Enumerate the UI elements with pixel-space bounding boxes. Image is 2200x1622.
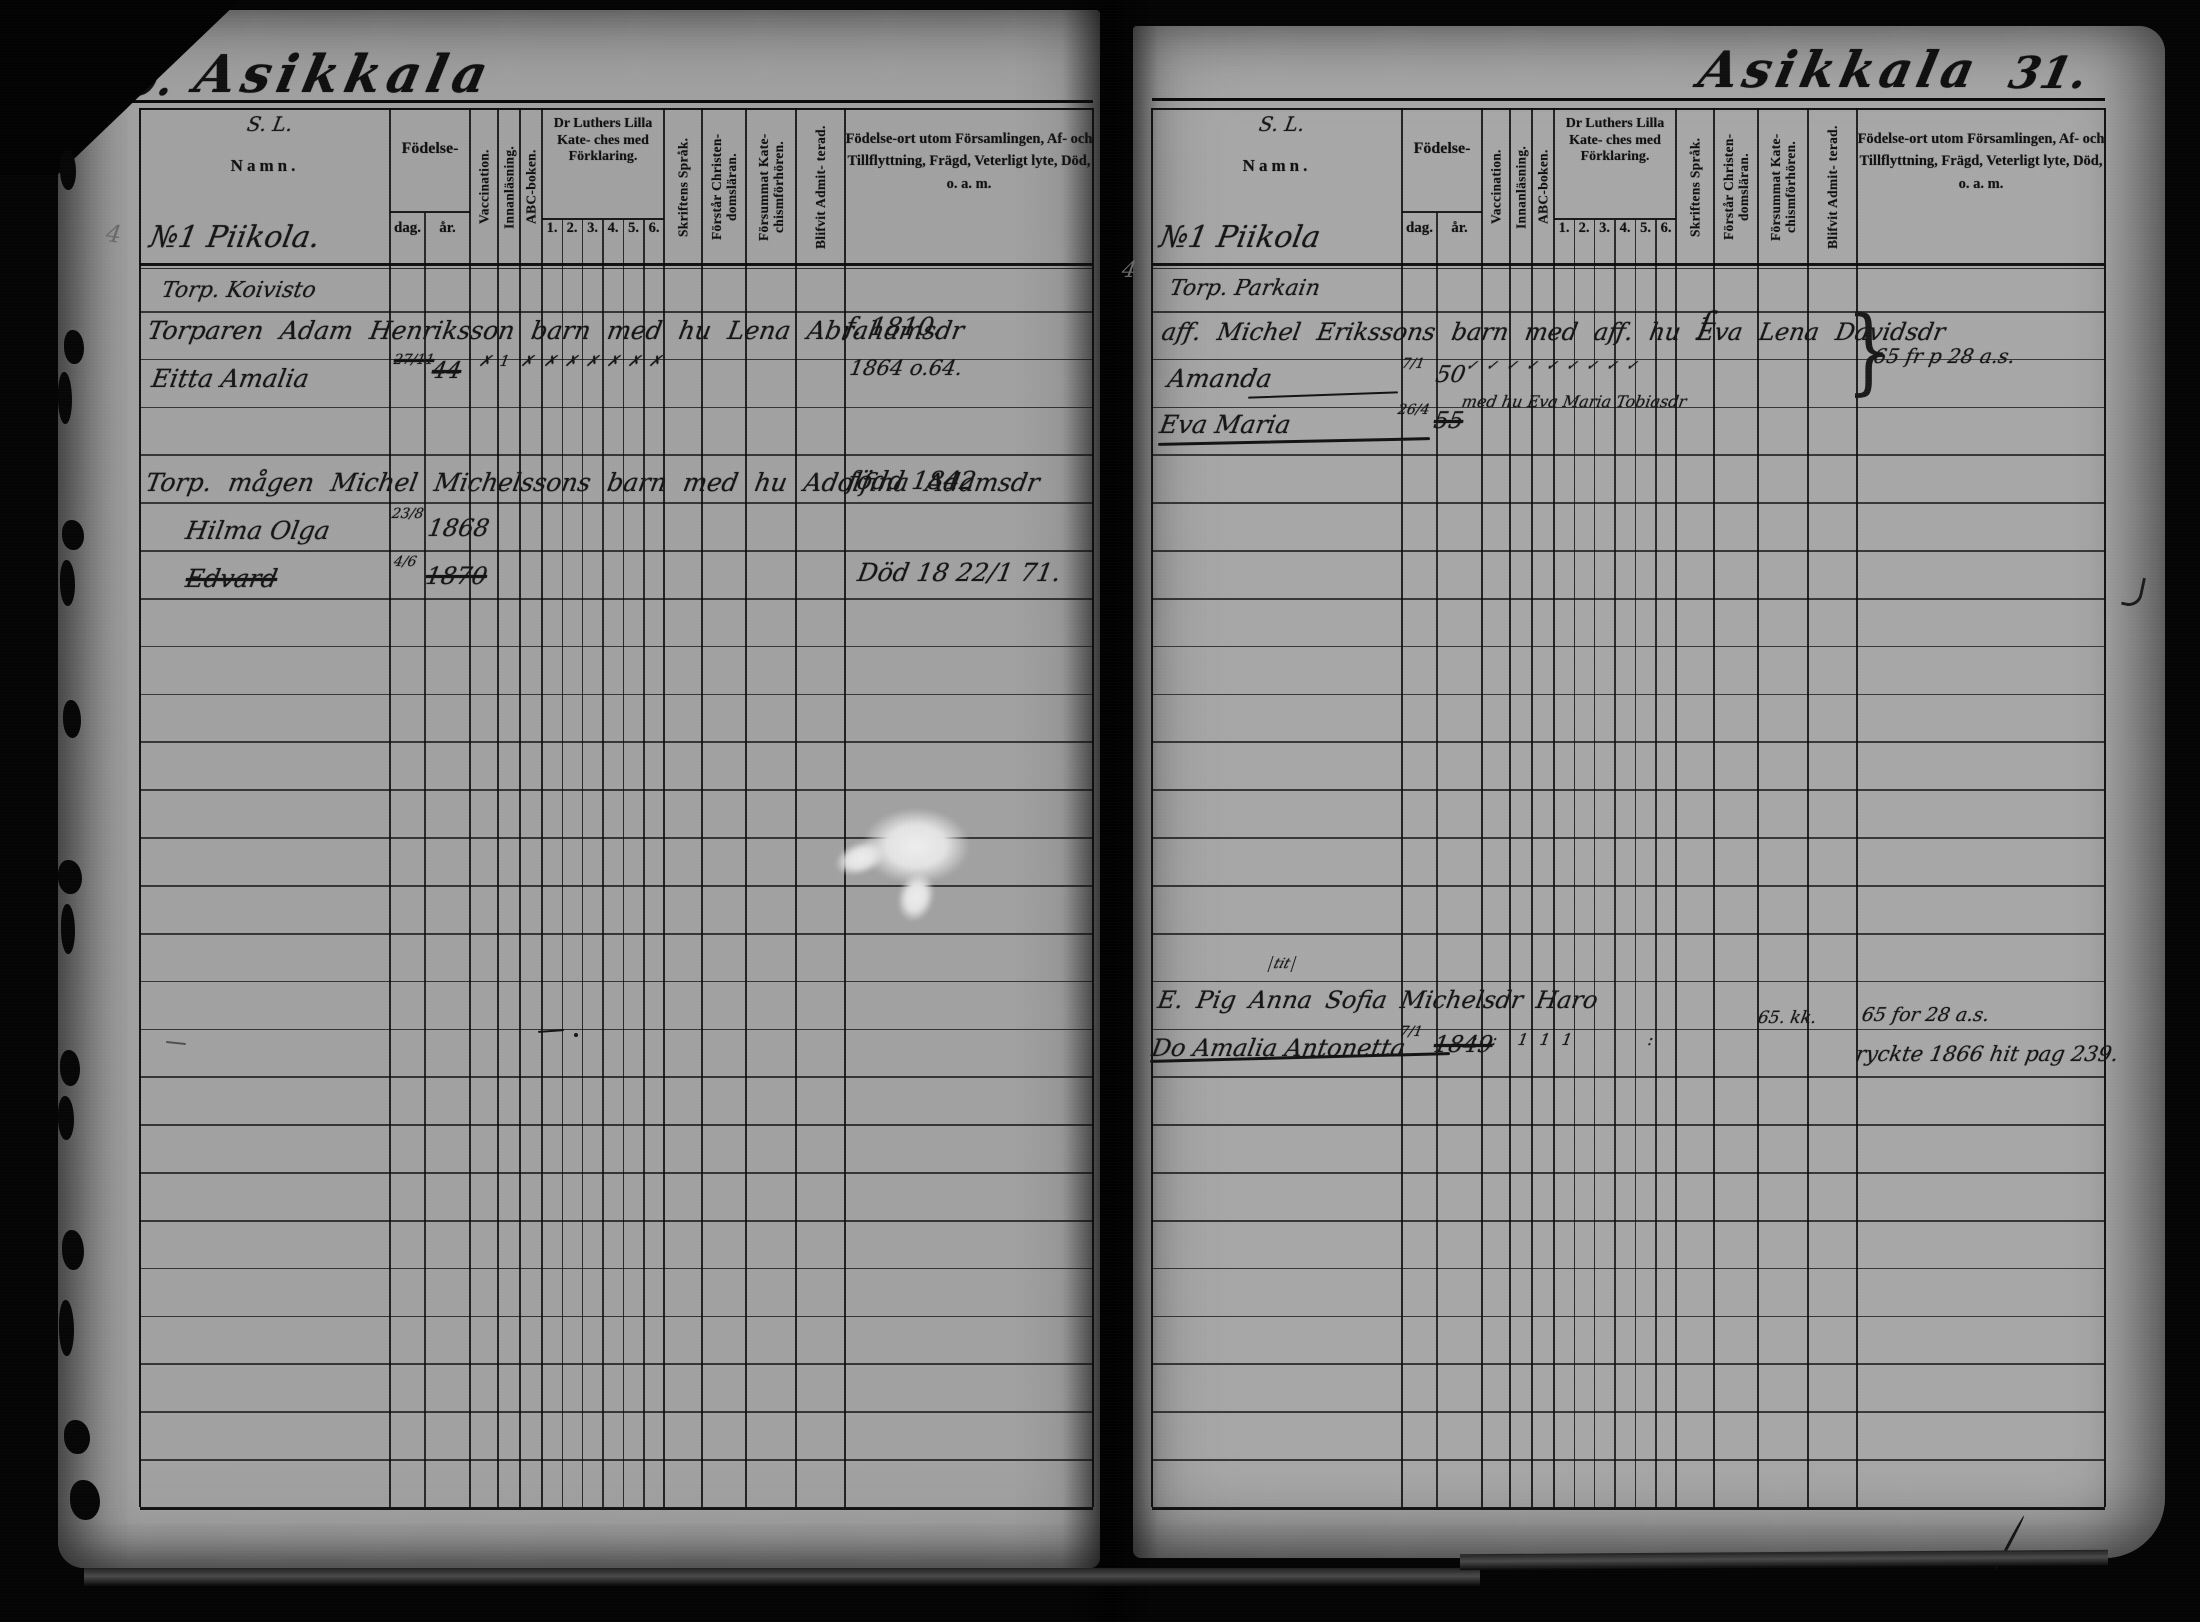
exam-mark: ✓ (1485, 358, 1500, 374)
katekes-subcol-2: 2. (562, 220, 582, 237)
exam-mark: ✗ (605, 352, 621, 370)
exam-mark: ✓ (1625, 358, 1640, 374)
katekes-subcol-1: 1. (1554, 220, 1574, 237)
right-row2-birth-year: 50 (1434, 362, 1468, 388)
spine-shadow-blob (62, 1230, 84, 1270)
column-header-forstar-christendomslaran: Förstår Christen- domsläran. (702, 112, 746, 262)
exam-mark: ✓ (1525, 358, 1540, 374)
exam-mark: ✓ (1465, 358, 1480, 374)
right-row2-interline-note: med hu Eva Maria Tobiasdr (1460, 392, 1688, 411)
column-header-vaccination: Vaccination. (470, 112, 498, 262)
spine-shadow-blob (60, 150, 76, 190)
column-header-ar: år. (425, 220, 470, 237)
exam-mark: ✗ (584, 352, 600, 370)
right-page-number: 31. (2005, 48, 2092, 99)
column-header-vaccination: Vaccination. (1482, 112, 1510, 262)
column-header-forstar-christendomslaran: Förstår Christen- domsläran. (1714, 112, 1758, 262)
katekes-subcol-6: 6. (1656, 220, 1676, 237)
left-row2-birth-year: 44 (430, 358, 464, 384)
left-row1-birth-note: f. 1810. (843, 312, 944, 341)
exam-mark: ✗ (647, 352, 663, 370)
left-row2-birth-day: 27/11 (393, 352, 436, 368)
katekes-subcol-5: 5. (623, 220, 644, 237)
left-child2-death-note: Död 18 22/1 71. (855, 558, 1063, 587)
exam-mark: ✗ (519, 352, 535, 370)
left-child2-birth-day: 4/6 (393, 554, 418, 570)
church-book-scan: 30. Asikkala Asikkala 31. S. L. Namn. Fö… (0, 0, 2200, 1622)
right-group2-blifvit-note: 65. kk. (1756, 1008, 1818, 1028)
column-header-fodelseort-notes: Födelse-ort utom Församlingen, Af- och T… (1857, 128, 2105, 195)
column-header-fodelse: Födelse- (390, 140, 470, 158)
spine-shadow-blob (63, 700, 81, 738)
katekes-subcol-2: 2. (1574, 220, 1594, 237)
page-edge-strip (84, 1568, 1480, 1586)
katekes-subcol-4: 4. (603, 220, 623, 237)
column-header-katekes: Dr Luthers Lilla Kate- ches med Förklari… (542, 116, 664, 166)
left-child1-birth-day: 23/8 (391, 506, 425, 522)
left-child2-birth-year: 1870 (424, 562, 490, 590)
spine-shadow-blob (61, 904, 75, 954)
column-header-namn: Namn. (1152, 156, 1402, 176)
namn-corner-initials: S. L. (1220, 112, 1344, 136)
exam-mark: ✗ (542, 352, 558, 370)
right-row1-name: aff. Michel Erikssons barn med aff. hu E… (1160, 318, 1948, 346)
left-title-rule (98, 100, 1093, 103)
left-child2-name: Edvard (183, 564, 279, 593)
right-row3-name: Eva Maria (1157, 410, 1293, 439)
katekes-subcol-6: 6. (644, 220, 664, 237)
right-group2-row2-year: 1849 (1432, 1032, 1495, 1058)
column-header-namn: Namn. (140, 156, 390, 176)
exam-mark: ✓ (1585, 358, 1600, 374)
spine-shadow-blob (62, 520, 84, 550)
exam-mark: ✓ (1545, 358, 1560, 374)
column-header-ar: år. (1437, 220, 1482, 237)
left-page-title: Asikkala (190, 44, 500, 105)
right-group2-note-line2: ryckte 1866 hit pag 239. (1854, 1042, 2120, 1066)
katekes-subcol-1: 1. (542, 220, 562, 237)
column-header-abc-boken: ABC-boken. (520, 112, 542, 262)
namn-corner-initials: S. L. (208, 112, 332, 136)
right-row3-birth-day: 26/4 (1397, 402, 1431, 418)
left-group1-subheading: Torp. Koivisto (160, 278, 318, 303)
spine-shadow-blob (64, 1420, 90, 1454)
column-header-skriftens-sprak: Skriftens Språk. (664, 112, 702, 262)
spine-shadow-blob (64, 330, 84, 364)
katekes-subcol-3: 3. (1594, 220, 1615, 237)
column-header-skriftens-sprak: Skriftens Språk. (1676, 112, 1714, 262)
right-group2-note-line1: 65 for 28 a.s. (1860, 1004, 1991, 1026)
left-child1-name: Hilma Olga (183, 516, 332, 545)
column-header-innanlasning: Innanläsning. (1510, 112, 1532, 262)
right-row2-name: Amanda (1165, 364, 1274, 393)
column-header-blifvit-admitterad: Blifvit Admit- terad. (1808, 112, 1857, 262)
column-header-fodelse: Födelse- (1402, 140, 1482, 158)
page-edge-strip (1460, 1550, 2108, 1571)
right-group1-subheading: Torp. Parkain (1168, 276, 1322, 301)
right-title-rule (1152, 98, 2105, 101)
katekes-subcol-5: 5. (1635, 220, 1656, 237)
exam-mark: ✗ (563, 352, 579, 370)
right-row3-birth-year: 55 (1432, 408, 1466, 434)
column-header-forsummat-katechismforhoren: Försummat Kate- chismförhören. (746, 112, 796, 262)
katekes-subcol-4: 4. (1615, 220, 1635, 237)
spine-shadow-blob (70, 1480, 100, 1520)
exam-mark: ✗ (477, 352, 493, 370)
column-header-dag: dag. (1402, 220, 1437, 237)
exam-mark: ✗ (626, 352, 642, 370)
column-header-abc-boken: ABC-boken. (1532, 112, 1554, 262)
right-group2-row1-name: E. Pig Anna Sofia Michelsdr Haro (1156, 986, 1601, 1014)
spine-shadow-blob (60, 1050, 80, 1086)
exam-mark: ✓ (1565, 358, 1580, 374)
right-row2-birth-day: 7/1 (1401, 356, 1426, 372)
column-header-forsummat-katechismforhoren: Försummat Kate- chismförhören. (1758, 112, 1808, 262)
column-header-dag: dag. (390, 220, 425, 237)
spine-shadow-blob (58, 860, 82, 894)
column-header-fodelseort-notes: Födelse-ort utom Församlingen, Af- och T… (845, 128, 1093, 195)
left-row2-name: Eitta Amalia (149, 364, 311, 393)
exam-mark: ✓ (1505, 358, 1520, 374)
right-row1-brace-note: 65 fr p 28 a.s. (1872, 344, 2017, 368)
column-header-katekes: Dr Luthers Lilla Kate- ches med Förklari… (1554, 116, 1676, 166)
right-group2-row2-day: 7/1 (1399, 1024, 1424, 1040)
spine-shadow-blob (58, 1096, 74, 1140)
left-row2-note: 1864 o.64. (848, 356, 965, 380)
ink-smudge-dot (574, 1033, 578, 1037)
left-group1-heading: №1 Piikola. (147, 220, 323, 255)
exam-mark: ✓ (1605, 358, 1620, 374)
spine-shadow-blob (58, 372, 72, 424)
column-header-blifvit-admitterad: Blifvit Admit- terad. (796, 112, 845, 262)
column-header-innanlasning: Innanläsning. (498, 112, 520, 262)
spine-shadow-blob (60, 560, 75, 606)
left-child1-birth-year: 1868 (426, 514, 492, 542)
katekes-subcol-3: 3. (582, 220, 603, 237)
right-group1-heading: №1 Piikola (1157, 220, 1323, 255)
right-page-title: Asikkala (1694, 40, 1986, 99)
left-group2-birth-note: född 1842 (845, 466, 978, 495)
